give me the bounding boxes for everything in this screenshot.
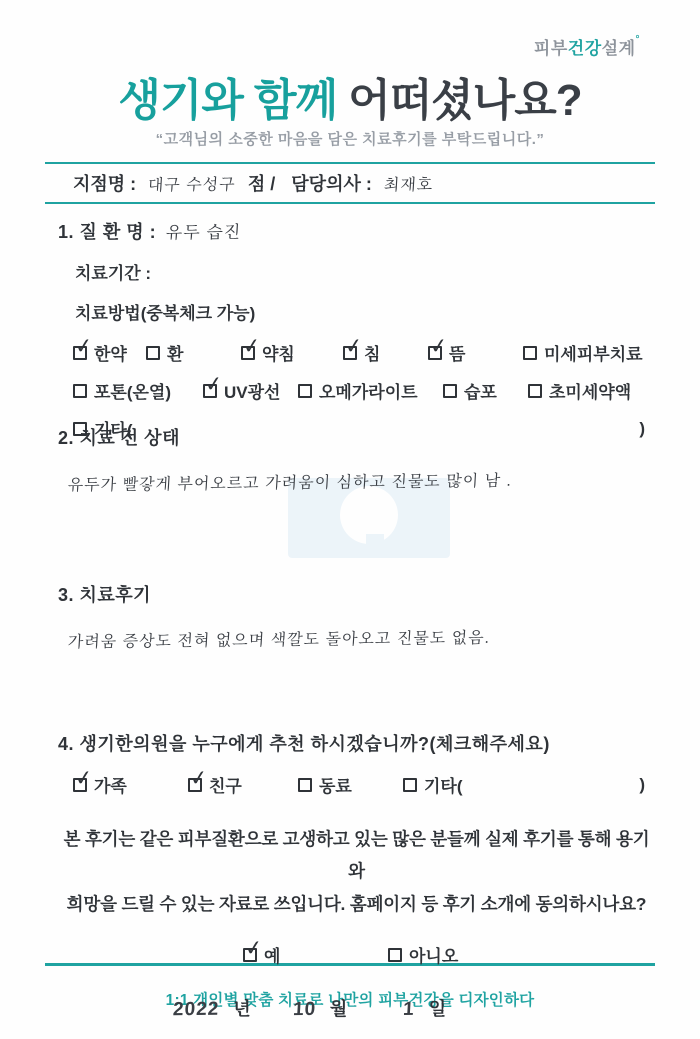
checkbox-square: ✓ [243,948,257,962]
checkbox-moxibustion[interactable]: ✓뜸 [428,340,523,365]
logo-accent: 건강 [568,39,602,58]
checkbox-label: 예 [264,942,280,967]
disease-name-field[interactable]: 유두 습진 [165,218,242,244]
checkbox-square: ✓ [388,948,402,962]
checkbox-square: ✓ [203,384,217,398]
logo-suffix: 설계 [602,39,636,58]
checkbox-square: ✓ [73,384,87,398]
method-checkbox-row-2: ✓포톤(온열) ✓UV광선 ✓오메가라이트 ✓습포 ✓초미세약액 [73,378,655,403]
checkbox-square: ✓ [241,346,255,360]
checkbox-square: ✓ [523,346,537,360]
checkbox-label: 가족 [94,772,127,797]
page-title-rest: 어떠셨나요? [337,76,582,125]
doctor-label: 담당의사 : [291,170,372,196]
checkbox-label: 약침 [262,340,295,365]
checkbox-omega-light[interactable]: ✓오메가라이트 [298,378,443,403]
checkbox-label: 오메가라이트 [319,378,418,403]
checkbox-label: 초미세약액 [549,378,631,403]
checkbox-micro-skin-treatment[interactable]: ✓미세피부치료 [523,340,643,365]
checkbox-label: 아니오 [409,942,458,967]
consent-line-1: 본 후기는 같은 피부질환으로 고생하고 있는 많은 분들께 실제 후기를 통해… [58,823,655,888]
checkbox-square: ✓ [298,384,312,398]
recommendation-title: 4. 생기한의원을 누구에게 추천 하시겠습니까?(체크해주세요) [58,730,655,756]
before-treatment-answer-field[interactable]: 유두가 빨갛게 부어오르고 가려움이 심하고 진물도 많이 남 . [67,468,513,496]
checkbox-no[interactable]: ✓아니오 [388,942,458,967]
year-field[interactable]: 2022 [172,999,220,1021]
consent-paragraph: 본 후기는 같은 피부질환으로 고생하고 있는 많은 분들께 실제 후기를 통해… [58,823,655,920]
checkbox-square: ✓ [428,346,442,360]
check-mark-icon: ✓ [204,373,224,396]
section-disease: 1. 질 환 명 : 유두 습진 치료기간 : 치료방법(중복체크 가능) ✓한… [58,218,655,441]
section-recommendation: 4. 생기한의원을 누구에게 추천 하시겠습니까?(체크해주세요) ✓가족 ✓친… [58,730,655,1021]
checkbox-label: 한약 [94,340,127,365]
day-unit-label: 일 [429,995,446,1021]
checkbox-square: ✓ [146,346,160,360]
year-unit-label: 년 [233,995,250,1021]
recommendation-checkbox-row: ✓가족 ✓친구 ✓동료 ✓기타( ) [73,772,645,797]
check-mark-icon: ✓ [429,335,449,358]
consent-checkbox-row: ✓예 ✓아니오 [73,942,655,967]
day-field[interactable]: 1 [403,999,416,1021]
brand-logo: 피부건강설계° [534,34,640,59]
section-before-treatment: 2. 치료 전 상태 유두가 빨갛게 부어오르고 가려움이 심하고 진물도 많이… [58,424,655,493]
check-mark-icon: ✓ [189,767,209,790]
checkbox-square: ✓ [443,384,457,398]
page-title: 생기와 함께 어떠셨나요? [0,64,700,128]
review-answer-field[interactable]: 가려움 증상도 전혀 없으며 색깔도 돌아오고 진물도 없음. [67,625,491,652]
month-unit-label: 월 [330,995,347,1021]
page-subtitle: “고객님의 소중한 마음을 담은 치료후기를 부탁드립니다.” [0,128,700,149]
checkbox-photon[interactable]: ✓포톤(온열) [73,378,203,403]
review-title: 3. 치료후기 [58,581,655,607]
treatment-method-label: 치료방법(중복체크 가능) [75,299,655,324]
check-mark-icon: ✓ [74,767,94,790]
checkbox-yes[interactable]: ✓예 [243,942,388,967]
check-mark-icon: ✓ [344,335,364,358]
logo-prefix: 피부 [534,39,568,58]
checkbox-square: ✓ [73,778,87,792]
checkbox-wet-pack[interactable]: ✓습포 [443,378,528,403]
checkbox-label: 동료 [319,772,352,797]
page-title-accent: 생기와 함께 [118,76,337,125]
checkbox-uv-light[interactable]: ✓UV광선 [203,378,298,403]
check-mark-icon: ✓ [242,335,262,358]
section-review: 3. 치료후기 가려움 증상도 전혀 없으며 색깔도 돌아오고 진물도 없음. [58,581,655,650]
checkbox-label: 친구 [209,772,242,797]
checkbox-square: ✓ [298,778,312,792]
checkbox-label: 침 [364,340,380,365]
doctor-name-field[interactable]: 최재호 [383,171,434,195]
checkbox-label: 습포 [464,378,497,403]
checkbox-family[interactable]: ✓가족 [73,772,188,797]
checkbox-square: ✓ [403,778,417,792]
checkbox-friend[interactable]: ✓친구 [188,772,298,797]
before-treatment-title: 2. 치료 전 상태 [58,424,655,450]
checkbox-label: 뜸 [449,340,465,365]
checkbox-square: ✓ [73,346,87,360]
month-field[interactable]: 10 [292,999,316,1021]
watermark-dot [366,534,384,558]
checkbox-acupuncture[interactable]: ✓침 [343,340,428,365]
checkbox-label: 미세피부치료 [544,340,643,365]
branch-name-field[interactable]: 대구 수성구 [147,171,236,195]
checkbox-label: UV광선 [224,378,280,403]
branch-doctor-bar: 지점명 : 대구 수성구 점 / 담당의사 : 최재호 [45,162,655,204]
date-row: 2022 년 10 월 1 일 [58,995,655,1021]
checkbox-pill[interactable]: ✓환 [146,340,241,365]
checkbox-pharmacopuncture[interactable]: ✓약침 [241,340,343,365]
logo-degree-mark: ° [636,34,641,45]
checkbox-herbal-medicine[interactable]: ✓한약 [73,340,146,365]
checkbox-ultrafine-solution[interactable]: ✓초미세약액 [528,378,631,403]
etc-close-paren: ) [639,775,645,795]
review-form-page: 피부건강설계° 생기와 함께 어떠셨나요? “고객님의 소중한 마음을 담은 치… [0,0,700,1039]
branch-suffix: 점 / [248,170,275,196]
checkbox-square: ✓ [528,384,542,398]
checkbox-label: 포톤(온열) [94,378,171,403]
checkbox-label: 환 [167,340,183,365]
disease-label: 1. 질 환 명 : [58,218,156,244]
method-checkbox-row-1: ✓한약 ✓환 ✓약침 ✓침 ✓뜸 ✓미세피부치료 [73,340,655,365]
checkbox-colleague[interactable]: ✓동료 [298,772,403,797]
checkbox-square: ✓ [343,346,357,360]
check-mark-icon: ✓ [74,335,94,358]
checkbox-label: 기타( [424,772,463,797]
branch-label: 지점명 : [73,170,136,196]
checkbox-square: ✓ [188,778,202,792]
checkbox-etc-recommend[interactable]: ✓기타( [403,772,639,797]
treatment-period-label: 치료기간 : [75,259,655,284]
consent-line-2: 희망을 드릴 수 있는 자료로 쓰입니다. 홈페이지 등 후기 소개에 동의하시… [58,888,655,920]
check-mark-icon: ✓ [244,937,264,960]
